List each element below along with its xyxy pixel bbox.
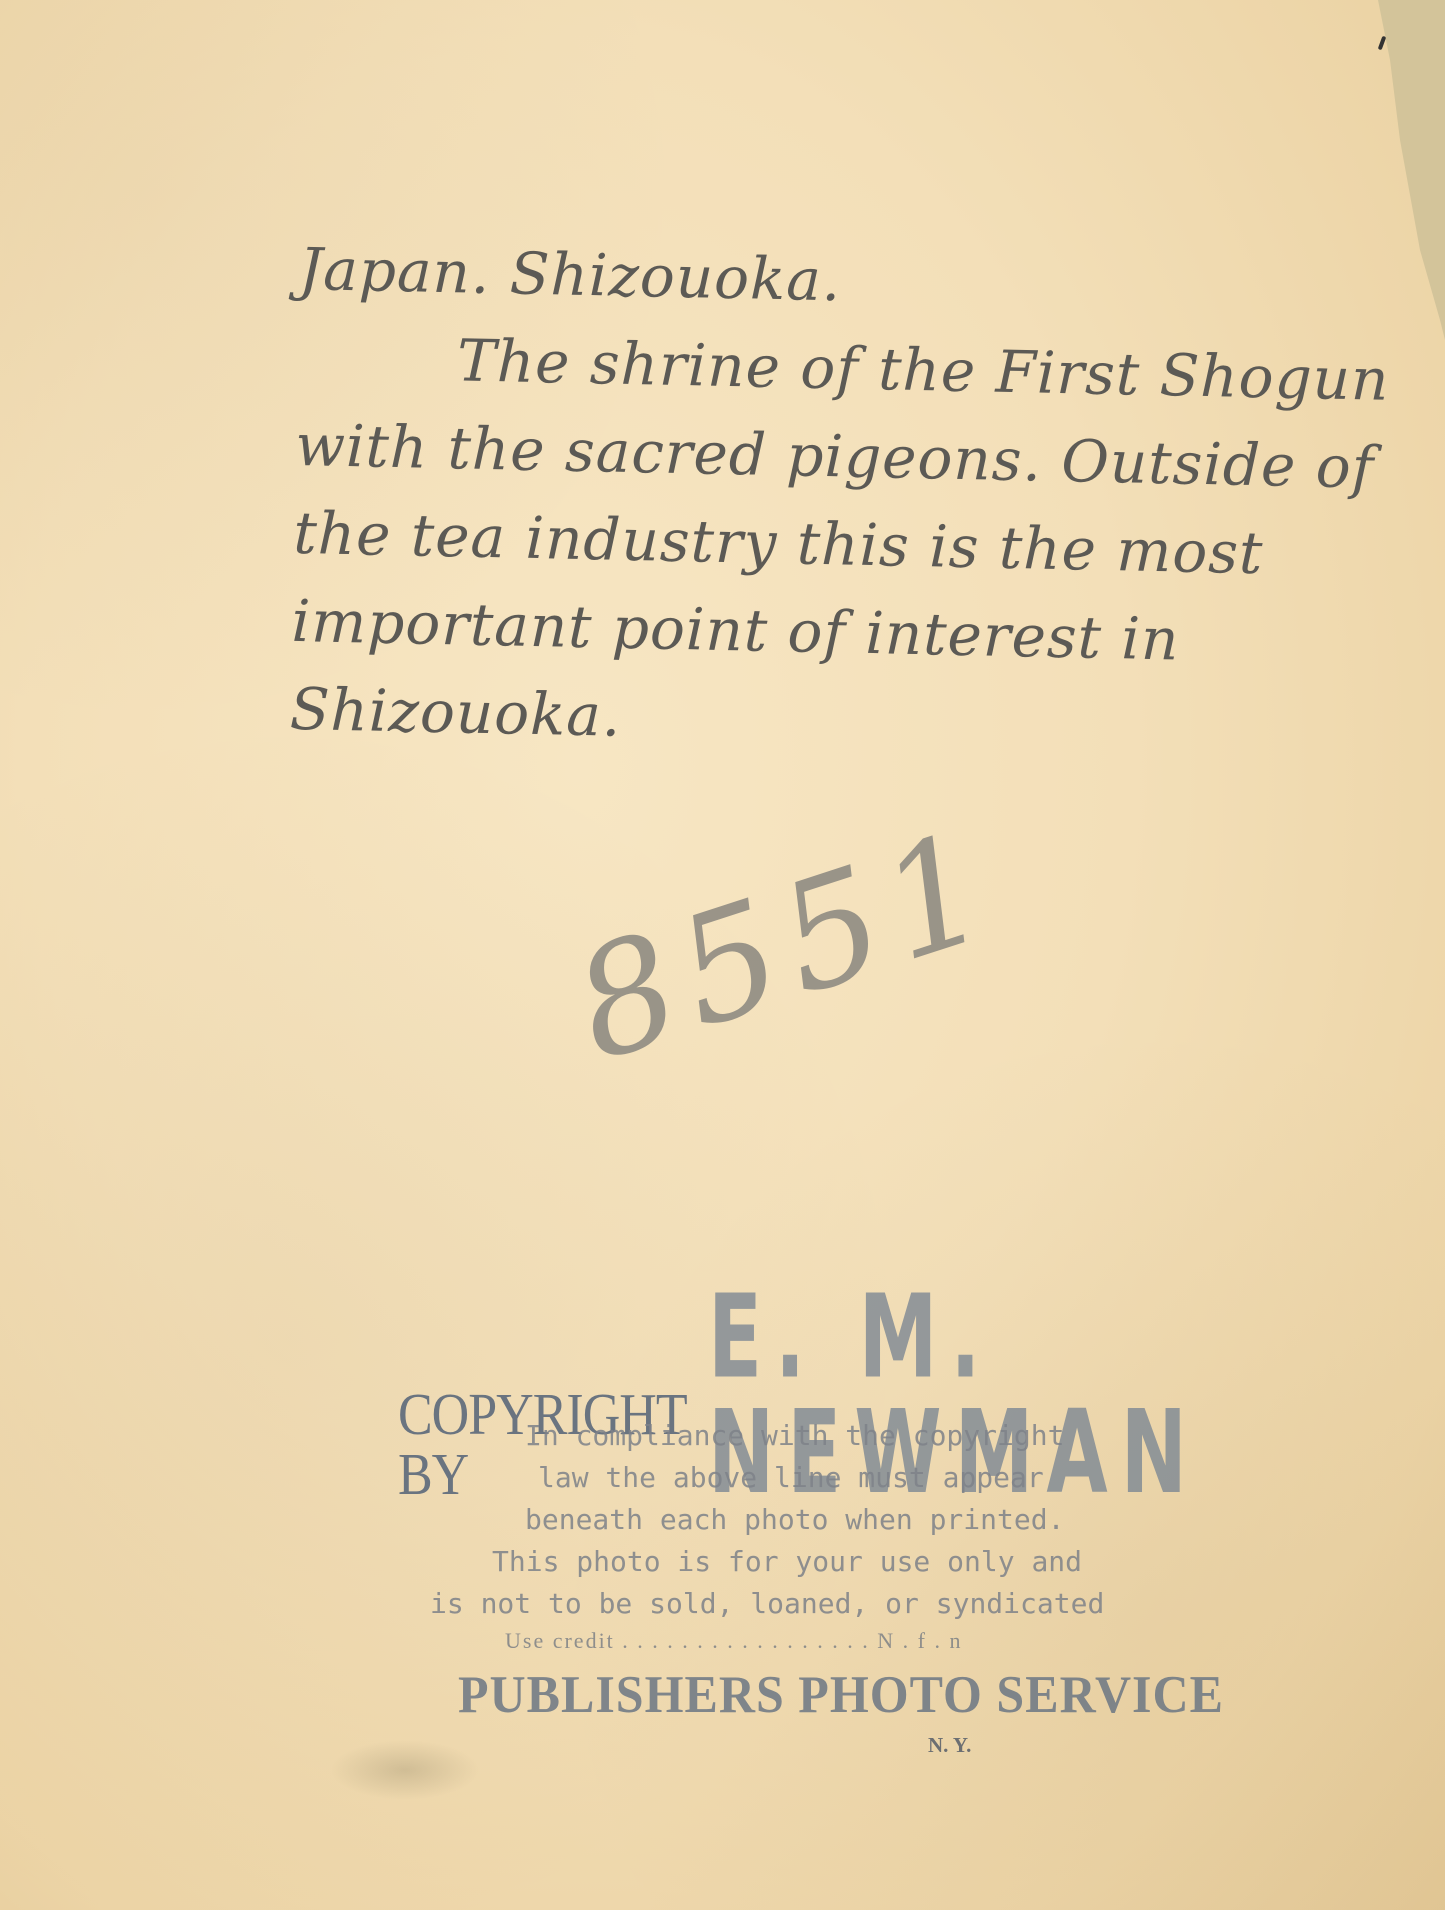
notice-line: is not to be sold, loaned, or syndicated <box>430 1583 1250 1625</box>
use-credit-line: Use credit . . . . . . . . . . . . . . .… <box>505 1628 963 1654</box>
notice-line: beneath each photo when printed. <box>430 1499 1250 1541</box>
publisher-location: N. Y. <box>928 1733 971 1758</box>
publisher-name: PUBLISHERS PHOTO SERVICE <box>458 1664 1224 1725</box>
notice-line: This photo is for your use only and <box>430 1541 1250 1583</box>
ink-smudge <box>330 1740 480 1800</box>
notice-line: In compliance with the copyright <box>430 1415 1250 1457</box>
copyright-notice: In compliance with the copyright law the… <box>430 1415 1250 1625</box>
copyright-stamp: COPYRIGHT BY E. M. NEWMAN In compliance … <box>0 0 1445 1910</box>
notice-line: law the above line must appear <box>430 1457 1250 1499</box>
